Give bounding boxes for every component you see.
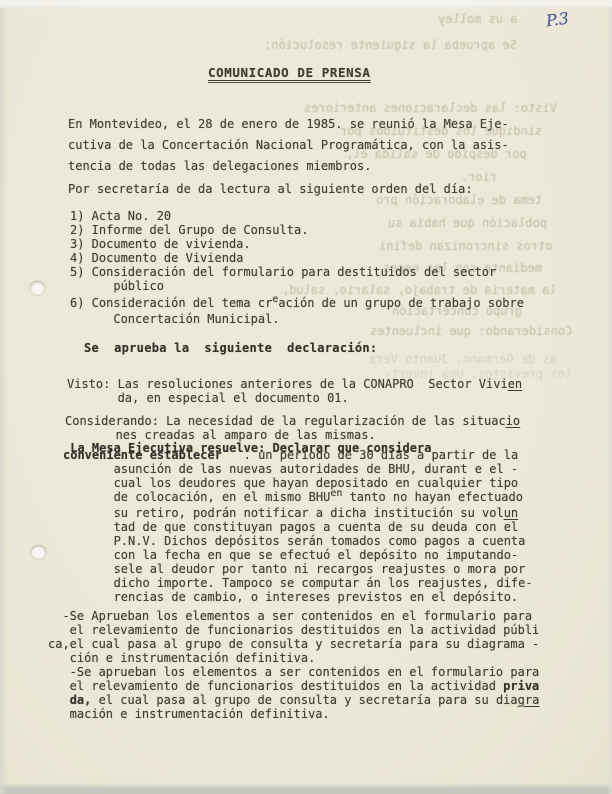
text-line: ción e instrumentación definitiva. (48, 651, 539, 665)
text-line: mación e instrumentación definitiva. (48, 707, 539, 721)
text-line: -Se aprueban los elementos a ser conteni… (48, 665, 539, 679)
text-line: 1) Acta No. 20 (70, 209, 524, 223)
text-line: Por secretaría de da lectura al siguient… (68, 179, 509, 200)
text-line: asunción de las nuevas autoridades de BH… (63, 462, 533, 476)
considerando-clause: Considerando: La necesidad de la regular… (65, 414, 520, 442)
declaration-heading-text: Se aprueba la siguiente declaración: (84, 341, 377, 355)
text-line: tad de que constituyan pagos a cuenta de… (63, 520, 533, 534)
punch-hole (31, 545, 46, 559)
text-line: ca,el cual pasa al grupo de consulta y s… (48, 637, 539, 651)
text-line: conveniente establecer . un período de 3… (63, 448, 533, 462)
text-line: rencias de cambio, o intereses previstos… (63, 590, 533, 604)
text-line: el relevamiento de funcionarios destitui… (48, 679, 539, 693)
text-line: de colocación, en el mismo BHUen tanto n… (63, 490, 533, 506)
intro-paragraph: En Montevideo, el 28 de enero de 1985. s… (68, 114, 509, 200)
text-line: P.N.V. Dichos depósitos serán tomados co… (63, 534, 533, 548)
document-title: COMUNICADO DE PRENSA (208, 62, 371, 81)
declaration-heading: Se aprueba la siguiente declaración: (84, 341, 377, 355)
text-line: dicho importe. Tampoco se computar án lo… (63, 576, 533, 590)
bleedthrough-text: Considerando: que incluentes (370, 324, 572, 338)
text-line: Visto: Las resoluciones anteriores de la… (67, 377, 522, 391)
text-line: cual los deudores que hayan depositado e… (63, 476, 533, 490)
text-line: público (70, 279, 524, 293)
bleedthrough-text: a us molley (438, 12, 517, 26)
text-line: 6) Consideración del tema creación de un… (70, 296, 524, 312)
text-line: cutiva de la Concertación Nacional Progr… (68, 135, 509, 156)
text-line: da, el cual pasa al grupo de consulta y … (48, 693, 539, 707)
text-line: tencia de todas las delegaciones miembro… (68, 156, 509, 177)
resolution-paragraph: La Mesa Ejecutiva resuelve: Declarar que… (63, 441, 533, 604)
text-line: -Se Aprueban los elementos a ser conteni… (48, 609, 539, 623)
handwritten-page-number: P.3 (545, 9, 570, 31)
document-title-text: COMUNICADO DE PRENSA (208, 65, 371, 83)
text-line: da, en especial el documento 01. (67, 391, 522, 405)
text-line: En Montevideo, el 28 de enero de 1985. s… (68, 114, 509, 135)
text-line: 5) Consideración del formulario para des… (70, 265, 524, 279)
text-line: el relevamiento de funcionarios destitui… (48, 623, 539, 637)
text-line: nes creadas al amparo de las mismas. (65, 428, 520, 442)
text-line: Considerando: La necesidad de la regular… (65, 414, 520, 428)
bleedthrough-text: Visto: las declaraciones anteriores (304, 101, 557, 115)
text-line: 2) Informe del Grupo de Consulta. (70, 223, 524, 237)
text-line: Concertación Municipal. (70, 312, 524, 326)
text-line: con la fecha en que se efectuó el depósi… (63, 548, 533, 562)
bleedthrough-text: as de Germano, Juanto Vera (369, 352, 557, 366)
approval-items: -Se Aprueban los elementos a ser conteni… (48, 609, 539, 721)
text-line: 4) Documento de Vivienda (70, 251, 524, 265)
text-line: sele al deudor por tanto ni recargos rea… (63, 562, 533, 576)
text-line: su retiro, podrán notificar a dicha inst… (63, 506, 533, 520)
visto-clause: Visto: Las resoluciones anteriores de la… (67, 377, 522, 405)
bleedthrough-text: Se aprueba la siguiente resolución: (264, 38, 517, 52)
agenda-list: 1) Acta No. 202) Informe del Grupo de Co… (70, 209, 524, 326)
text-line: 3) Documento de vivienda. (70, 237, 524, 251)
document-page: a us molley Se aprueba la siguiente reso… (0, 0, 612, 794)
punch-hole (30, 281, 45, 295)
